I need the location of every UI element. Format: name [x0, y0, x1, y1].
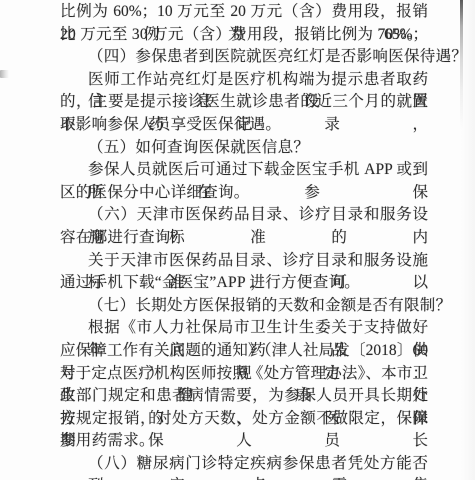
text-line: 关于天津市医保药品目录、诊疗目录和服务设施标准，可以	[60, 250, 428, 273]
text-line: （八）糖尿病门诊特定疾病参保患者凭处方能否到定点零售	[60, 453, 428, 476]
text-line: 医师工作站亮红灯是医疗机构端为提示患者取药信息设置	[60, 69, 428, 92]
text-line: 对于定点医疗机构医师按照《处方管理办法》、本市卫生健康行	[60, 363, 428, 386]
text-line: （六）天津市医保药品目录、诊疗目录和服务设施标准的内	[60, 204, 428, 227]
text-line: 参保人员就医后可通过下载金医宝手机 APP 或到所在参保	[60, 159, 428, 182]
text-line: 根据《市人力社保局市卫生计生委关于支持做好年底药品供	[60, 317, 428, 340]
scan-artifact-left-edge	[0, 70, 9, 78]
text-line: 的，主要是提示接诊医生就诊患者的近三个月的就医取药记录，	[60, 91, 428, 114]
text-line: 应保障工作有关问题的通知》（津人社局发〔2018〕60 号）规定：	[60, 340, 428, 363]
document-page: 比例为 60%；10 万元至 20 万元（含）费用段，报销比例为 65%；20 …	[0, 0, 475, 480]
text-line: （四）参保患者到医院就医亮红灯是否影响医保待遇？	[60, 46, 428, 69]
body-text-block: 比例为 60%；10 万元至 20 万元（含）费用段，报销比例为 65%；20 …	[60, 1, 428, 475]
text-line: 比例为 60%；10 万元至 20 万元（含）费用段，报销比例为 65%；	[60, 1, 428, 24]
text-line: 20 万元至 30 万元（含）费用段，报销比例为 70%。	[60, 24, 428, 47]
text-line: （七）长期处方医保报销的天数和金额是否有限制？	[60, 295, 428, 318]
text-line: （五）如何查询医保就医信息？	[60, 137, 428, 160]
text-line: 按规定报销，对处方天数、处方金额不做限定，保障参保人员长	[60, 408, 428, 431]
scan-edge-shading	[461, 0, 475, 480]
text-line: 政部门规定和患者病情需要，为参保人员开具长期处方的，医保	[60, 385, 428, 408]
